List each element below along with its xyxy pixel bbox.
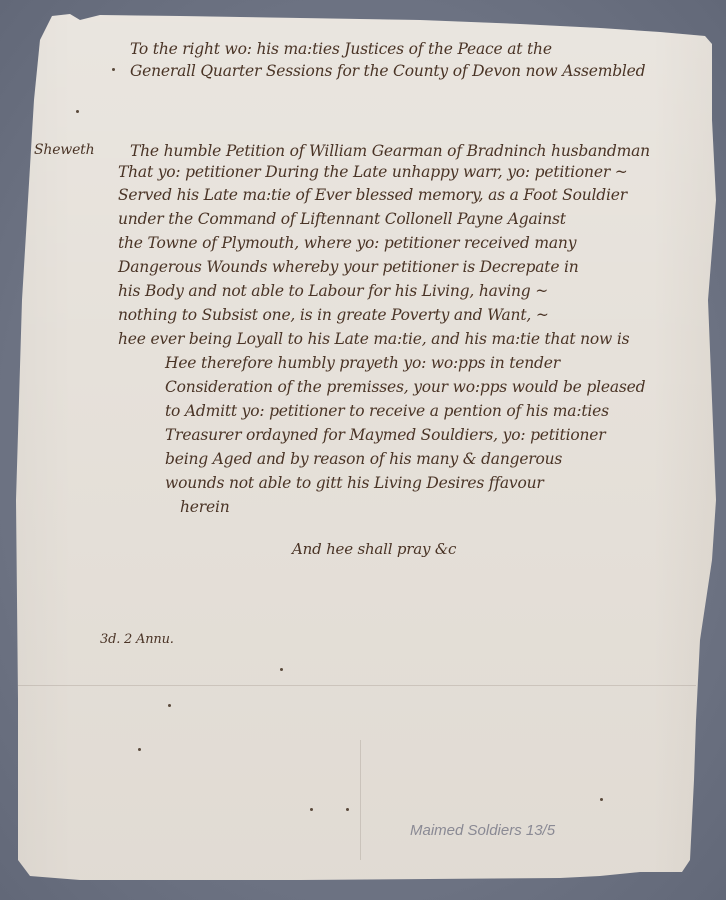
petition-body-line: hee ever being Loyall to his Late ma:tie… — [118, 330, 629, 348]
prayer-line: being Aged and by reason of his many & d… — [165, 450, 562, 468]
ink-spot — [112, 68, 115, 71]
petitioner-heading: The humble Petition of William Gearman o… — [130, 142, 650, 160]
endorsement-note: 3d. 2 Annu. — [100, 632, 174, 647]
petition-body-line: under the Command of Liftennant Collonel… — [118, 210, 566, 228]
address-line-2: Generall Quarter Sessions for the County… — [130, 62, 645, 80]
prayer-line: herein — [180, 498, 229, 516]
ink-spot — [310, 808, 313, 811]
petition-body-line: the Towne of Plymouth, where yo: petitio… — [118, 234, 576, 252]
ink-spot — [76, 110, 79, 113]
ink-spot — [600, 798, 603, 801]
address-line-1: To the right wo: his ma:ties Justices of… — [130, 40, 552, 58]
prayer-line: to Admitt yo: petitioner to receive a pe… — [165, 402, 609, 420]
closing-formula: And hee shall pray &c — [292, 540, 456, 558]
prayer-line: Consideration of the premisses, your wo:… — [165, 378, 645, 396]
prayer-line: wounds not able to gitt his Living Desir… — [165, 474, 544, 492]
margin-note-sheweth: Sheweth — [34, 142, 94, 158]
prayer-line: Treasurer ordayned for Maymed Souldiers,… — [165, 426, 605, 444]
ink-spot — [280, 668, 283, 671]
manuscript-page: Sheweth To the right wo: his ma:ties Jus… — [0, 0, 726, 900]
petition-body-line: nothing to Subsist one, is in greate Pov… — [118, 306, 549, 324]
pencil-archive-annotation: Maimed Soldiers 13/5 — [410, 822, 555, 839]
prayer-line: Hee therefore humbly prayeth yo: wo:pps … — [165, 354, 560, 372]
petition-body-line: Dangerous Wounds whereby your petitioner… — [118, 258, 579, 276]
petition-body-line: his Body and not able to Labour for his … — [118, 282, 548, 300]
petition-body-line: That yo: petitioner During the Late unha… — [118, 163, 628, 181]
ink-spot — [138, 748, 141, 751]
ink-spot — [346, 808, 349, 811]
crease-line — [360, 740, 361, 860]
ink-spot — [168, 704, 171, 707]
fold-line — [18, 685, 696, 686]
petition-body-line: Served his Late ma:tie of Ever blessed m… — [118, 186, 627, 204]
